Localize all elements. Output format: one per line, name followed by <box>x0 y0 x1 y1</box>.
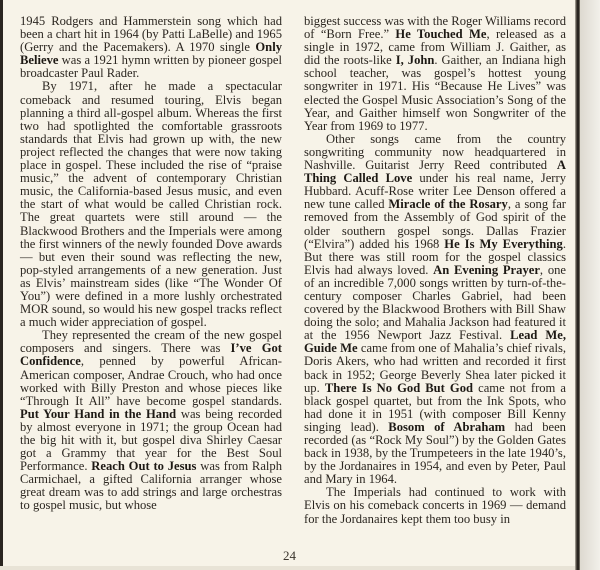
body-text: By 1971, after he made a spectacular com… <box>20 79 282 329</box>
song-title: Miracle of the Rosary <box>388 197 507 211</box>
body-text: was a 1921 hymn written by pioneer gospe… <box>20 53 282 80</box>
body-text: Other songs came from the country songwr… <box>304 132 566 172</box>
song-title: Bosom of Abraham <box>388 420 505 434</box>
paragraph: They represented the cream of the new go… <box>20 329 282 512</box>
song-title: He Touched Me <box>395 27 486 41</box>
paragraph: By 1971, after he made a spectacular com… <box>20 80 282 329</box>
song-title: I, John <box>396 53 435 67</box>
body-text: 1945 Rodgers and Hammerstein song which … <box>20 14 282 54</box>
right-column: biggest success was with the Roger Willi… <box>304 15 566 526</box>
body-text: The Imperials had continued to work with… <box>304 485 566 525</box>
song-title: There Is No God But God <box>325 381 473 395</box>
left-column: 1945 Rodgers and Hammerstein song which … <box>20 15 282 513</box>
song-title: He Is My Everything <box>444 237 563 251</box>
page-left-edge <box>0 0 3 570</box>
paragraph: Other songs came from the country songwr… <box>304 133 566 487</box>
page-bottom-edge <box>0 566 575 570</box>
continued-paragraph: 1945 Rodgers and Hammerstein song which … <box>20 15 282 80</box>
song-title: An Evening Prayer <box>433 263 540 277</box>
scanned-booklet-page: 1945 Rodgers and Hammerstein song which … <box>0 0 600 570</box>
song-title: Put Your Hand in the Hand <box>20 407 176 421</box>
page-number: 24 <box>283 548 296 564</box>
continued-paragraph: biggest success was with the Roger Willi… <box>304 15 566 133</box>
paragraph: The Imperials had continued to work with… <box>304 486 566 525</box>
song-title: Reach Out to Jesus <box>91 459 196 473</box>
adjacent-page-edge <box>580 0 600 570</box>
